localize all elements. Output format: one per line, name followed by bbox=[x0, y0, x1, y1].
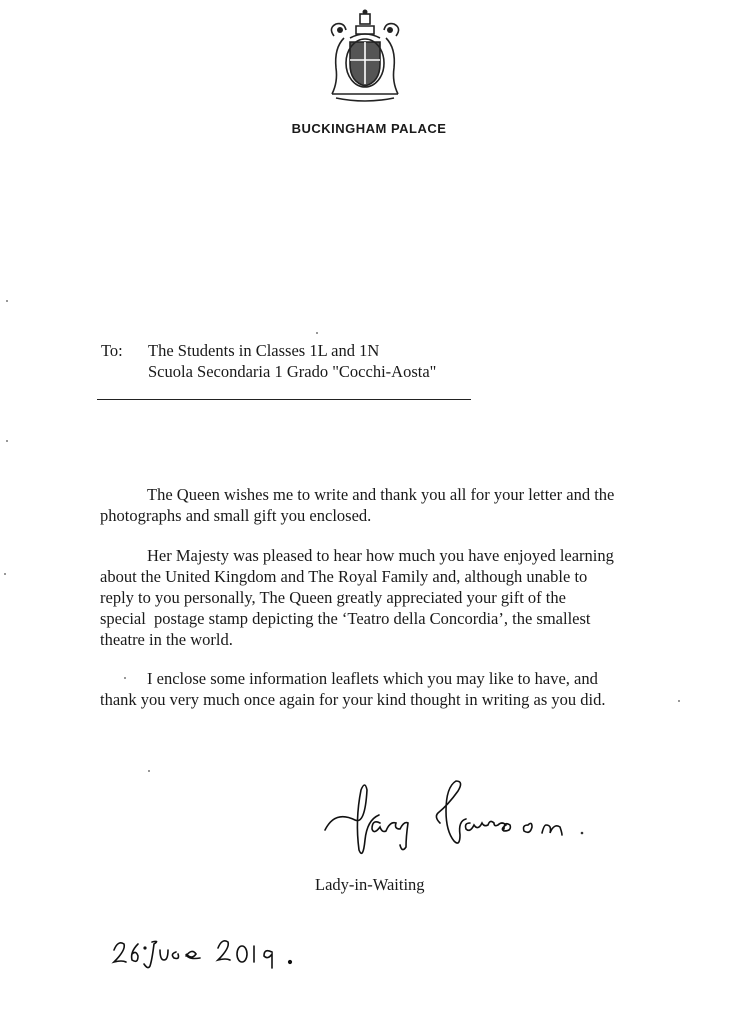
letterhead-sender: BUCKINGHAM PALACE bbox=[0, 121, 732, 136]
scan-speck bbox=[316, 332, 318, 334]
signatory-title: Lady-in-Waiting bbox=[315, 875, 425, 895]
paragraph: Her Majesty was pleased to hear how much… bbox=[100, 545, 665, 650]
recipient-line: Scuola Secondaria 1 Grado "Cocchi-Aosta" bbox=[148, 362, 436, 382]
scan-speck bbox=[124, 677, 126, 679]
handwritten-signature bbox=[320, 775, 590, 855]
recipient-label: To: bbox=[101, 341, 123, 361]
scan-speck bbox=[4, 573, 6, 575]
handwritten-date bbox=[110, 930, 310, 980]
royal-coat-of-arms-icon bbox=[320, 8, 410, 103]
scan-speck bbox=[6, 440, 8, 442]
scan-speck bbox=[6, 300, 8, 302]
recipient-line: The Students in Classes 1L and 1N bbox=[148, 341, 379, 361]
divider bbox=[97, 399, 471, 400]
paragraph: I enclose some information leaflets whic… bbox=[100, 668, 665, 710]
paragraph: The Queen wishes me to write and thank y… bbox=[100, 484, 665, 526]
scan-speck bbox=[148, 770, 150, 772]
scan-speck bbox=[678, 700, 680, 702]
